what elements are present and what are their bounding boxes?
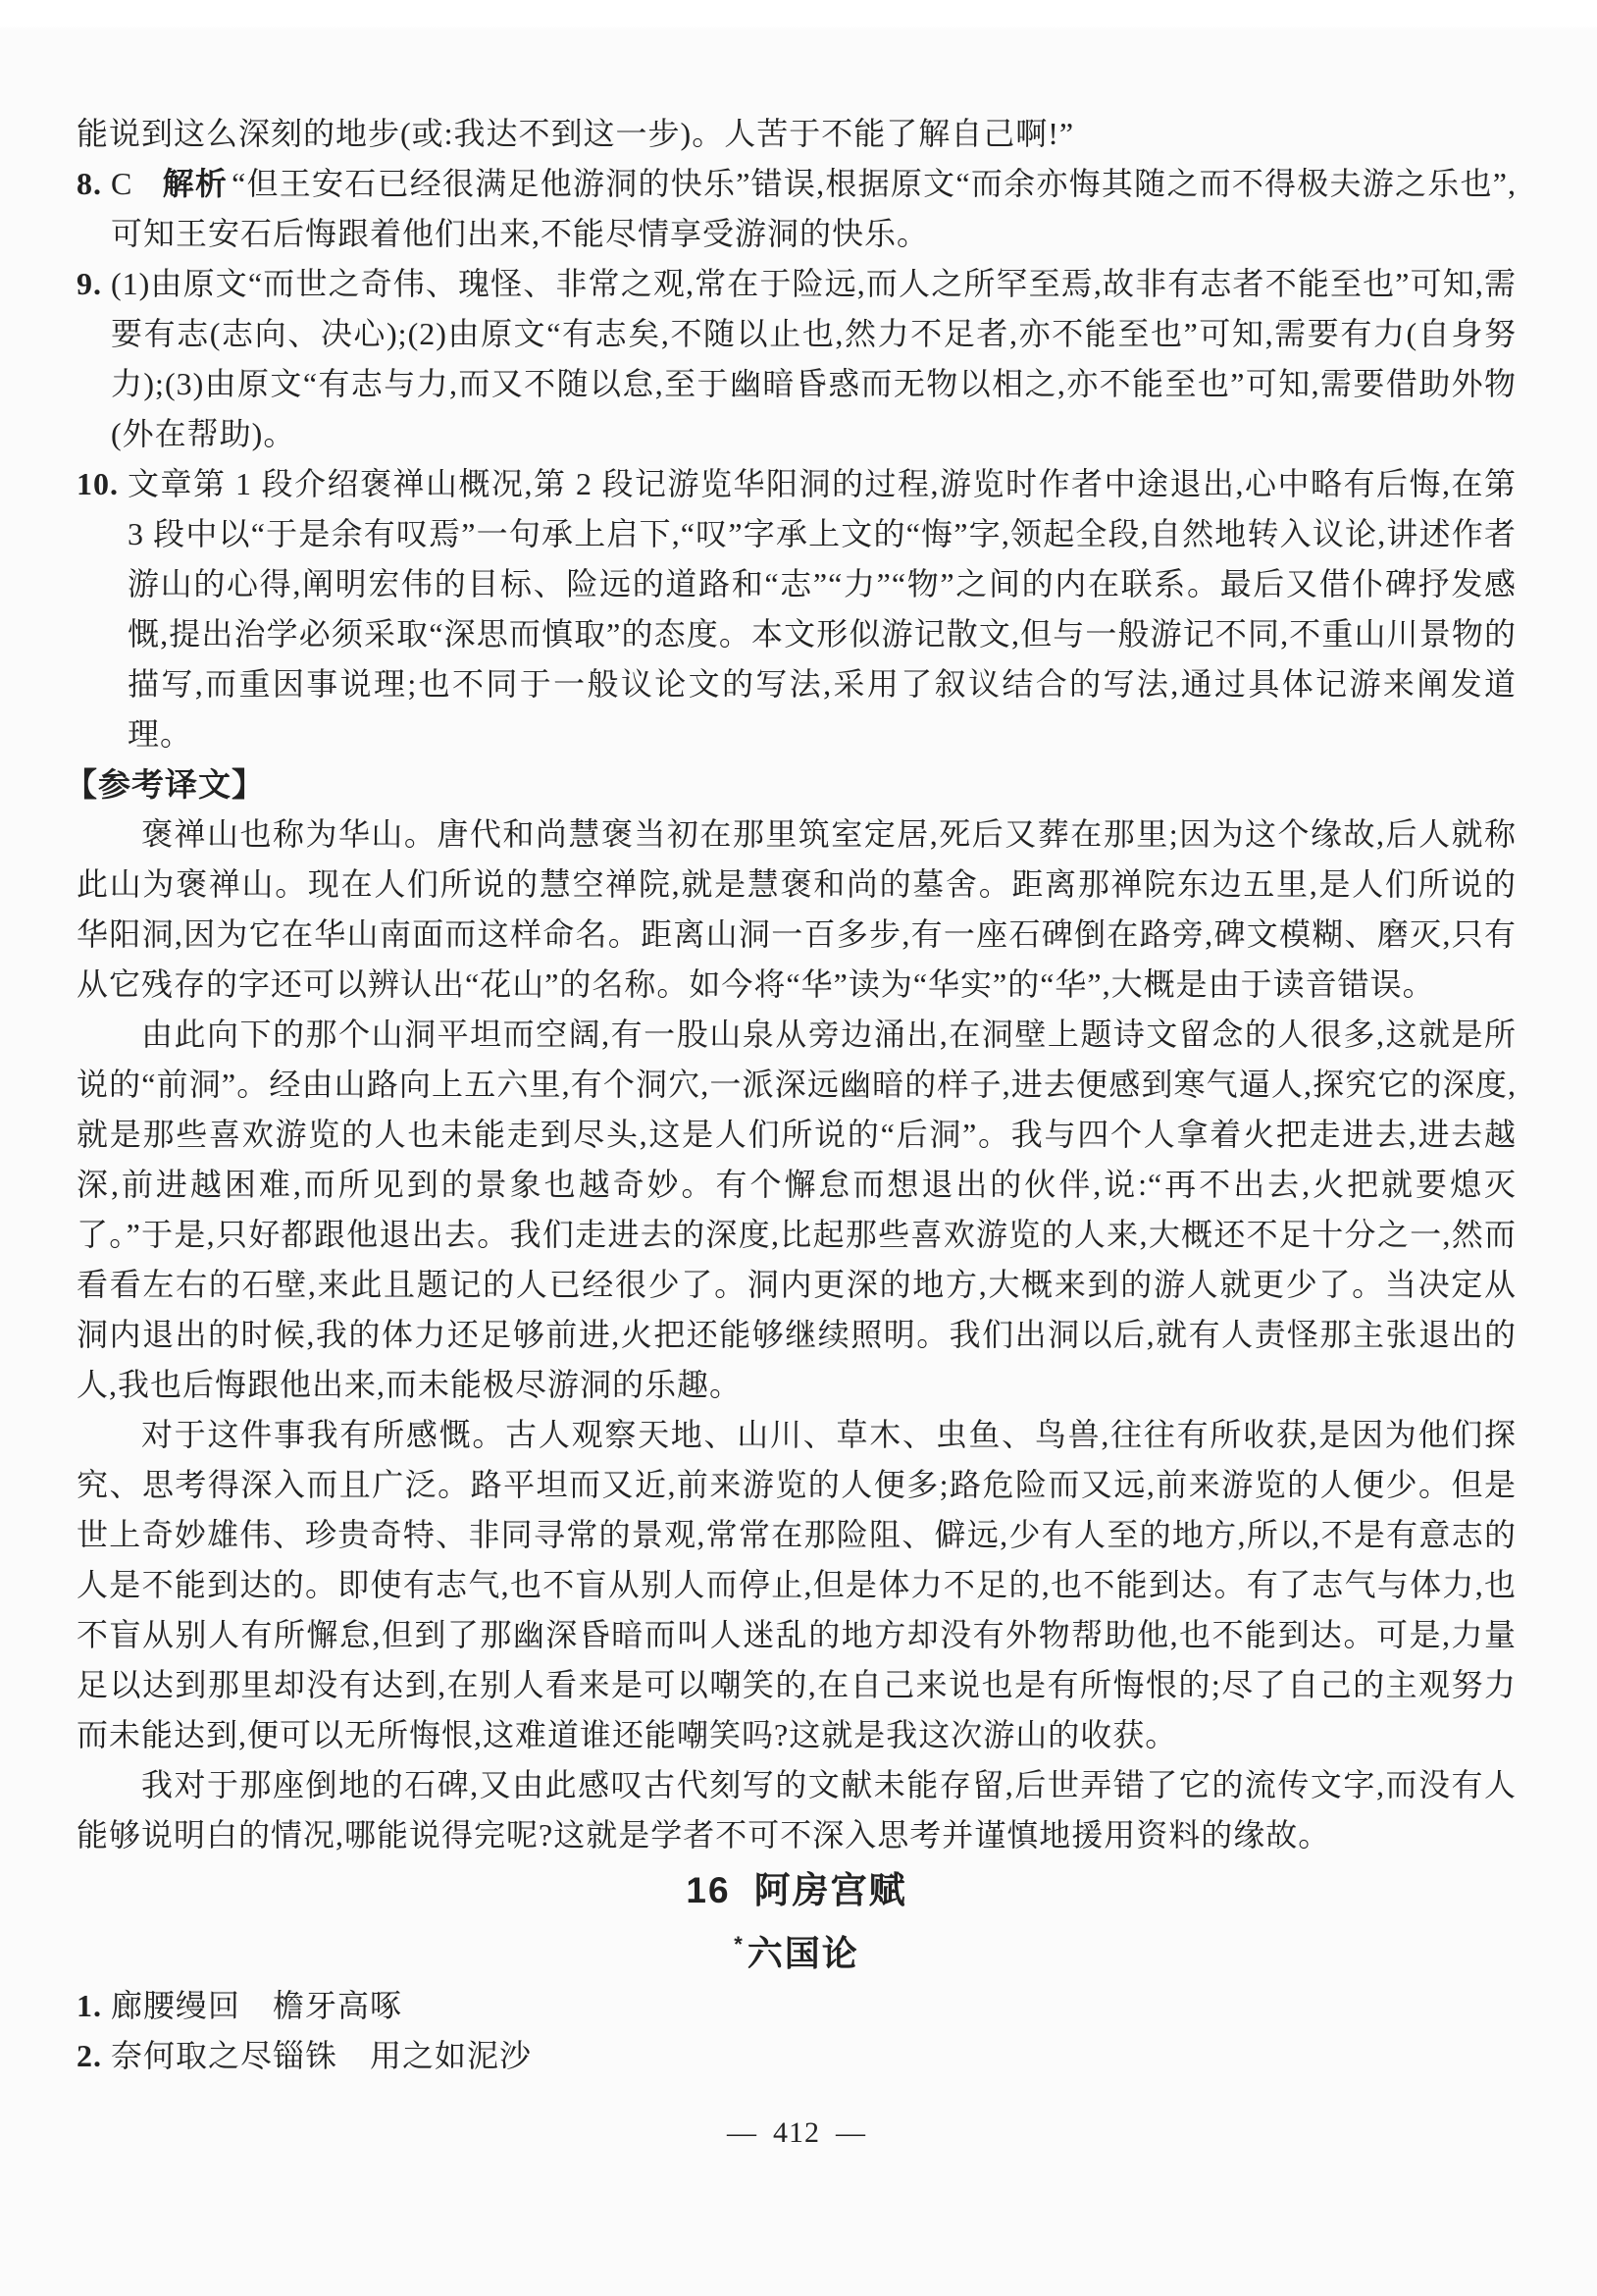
answer-8-number: 8. xyxy=(77,159,102,209)
reference-translation-section: 【参考译文】 褒禅山也称为华山。唐代和尚慧褒当初在那里筑室定居,死后又葬在那里;… xyxy=(77,759,1517,1860)
translation-paragraph-4: 我对于那座倒地的石碑,又由此感叹古代刻写的文献未能存留,后世弄错了它的流传文字,… xyxy=(77,1760,1517,1860)
lesson-16-title: 16阿房宫赋 xyxy=(77,1863,1517,1918)
exercise-item-1: 1. 廊腰缦回 檐牙高啄 xyxy=(77,1981,1517,2031)
answer-item-8: 8. C解析“但王安石已经很满足他游洞的快乐”错误,根据原文“而余亦悔其随之而不… xyxy=(77,159,1517,259)
exercise-2-number: 2. xyxy=(77,2031,102,2081)
exercise-item-2: 2. 奈何取之尽锱铢 用之如泥沙 xyxy=(77,2031,1517,2081)
translation-paragraph-3: 对于这件事我有所感慨。古人观察天地、山川、草木、虫鱼、鸟兽,往往有所收获,是因为… xyxy=(77,1410,1517,1760)
lesson-liuguolun-title: *六国论 xyxy=(77,1918,1517,1980)
answer-8-choice: C xyxy=(111,166,132,201)
answer-8-body: C解析“但王安石已经很满足他游洞的快乐”错误,根据原文“而余亦悔其随之而不得极夫… xyxy=(111,159,1517,259)
next-lesson-section: 16阿房宫赋 *六国论 1. 廊腰缦回 檐牙高啄 2. 奈何取之尽锱铢 用之如泥… xyxy=(77,1863,1517,2081)
exercise-2-text: 奈何取之尽锱铢 用之如泥沙 xyxy=(111,2031,1517,2081)
page-content: 能说到这么深刻的地步(或:我达不到这一步)。人苦于不能了解自己啊!” 8. C解… xyxy=(77,109,1517,2158)
lesson-liuguolun-name: 六国论 xyxy=(747,1933,859,1973)
exercise-answers: 1. 廊腰缦回 檐牙高啄 2. 奈何取之尽锱铢 用之如泥沙 xyxy=(77,1981,1517,2081)
reference-translation-header: 【参考译文】 xyxy=(65,759,1517,809)
answer-8-text: “但王安石已经很满足他游洞的快乐”错误,根据原文“而余亦悔其随之而不得极夫游之乐… xyxy=(111,166,1517,251)
textbook-answer-page: 能说到这么深刻的地步(或:我达不到这一步)。人苦于不能了解自己啊!” 8. C解… xyxy=(0,0,1597,2296)
page-number: —412— xyxy=(77,2108,1517,2158)
page-number-value: 412 xyxy=(773,2116,820,2149)
page-number-dash-right: — xyxy=(836,2116,866,2149)
answer-item-9: 9. (1)由原文“而世之奇伟、瑰怪、非常之观,常在于险远,而人之所罕至焉,故非… xyxy=(77,259,1517,459)
translation-paragraph-1: 褒禅山也称为华山。唐代和尚慧褒当初在那里筑室定居,死后又葬在那里;因为这个缘故,… xyxy=(77,809,1517,1010)
analysis-tag: 解析 xyxy=(162,166,228,201)
exercise-1-text: 廊腰缦回 檐牙高啄 xyxy=(111,1981,1517,2031)
translation-paragraph-2: 由此向下的那个山洞平坦而空阔,有一股山泉从旁边涌出,在洞壁上题诗文留念的人很多,… xyxy=(77,1010,1517,1410)
lesson-16-number: 16 xyxy=(686,1870,730,1910)
elective-star-mark: * xyxy=(734,1932,745,1957)
answer-item-10: 10. 文章第 1 段介绍褒禅山概况,第 2 段记游览华阳洞的过程,游览时作者中… xyxy=(77,459,1517,759)
answer-10-number: 10. xyxy=(77,459,119,509)
answers-section: 能说到这么深刻的地步(或:我达不到这一步)。人苦于不能了解自己啊!” 8. C解… xyxy=(77,109,1517,759)
lesson-16-name: 阿房宫赋 xyxy=(754,1870,907,1910)
answer-continuation-text: 能说到这么深刻的地步(或:我达不到这一步)。人苦于不能了解自己啊!” xyxy=(77,109,1517,159)
exercise-1-number: 1. xyxy=(77,1981,102,2031)
answer-10-text: 文章第 1 段介绍褒禅山概况,第 2 段记游览华阳洞的过程,游览时作者中途退出,… xyxy=(128,459,1517,759)
answer-9-text: (1)由原文“而世之奇伟、瑰怪、非常之观,常在于险远,而人之所罕至焉,故非有志者… xyxy=(111,259,1517,459)
answer-9-number: 9. xyxy=(77,259,102,309)
page-number-dash-left: — xyxy=(727,2116,757,2149)
